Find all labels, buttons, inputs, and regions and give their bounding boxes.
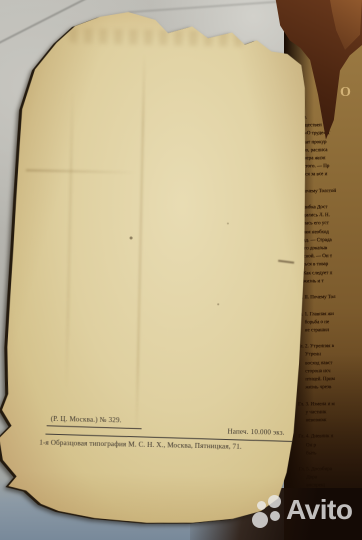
paper-speck xyxy=(227,222,229,224)
contents-heading-fragment: О xyxy=(340,86,351,100)
blank-book-page: (Р. Ц. Москва.) № 329. Напеч. 10.000 экз… xyxy=(0,3,315,529)
print-run-note: Напеч. 10.000 экз. xyxy=(227,428,284,437)
censor-underline xyxy=(47,425,142,429)
page-crease xyxy=(135,54,145,434)
avito-logo-icon xyxy=(268,495,281,508)
book-listing-photo: О нием. Общественной «О труде» Тслужат п… xyxy=(0,0,362,540)
printer-line: 1-я Образцовая типография М. С. Н. Х., М… xyxy=(39,439,242,451)
avito-watermark: Avito xyxy=(246,490,362,536)
printer-imprint-block: (Р. Ц. Москва.) № 329. Напеч. 10.000 экз… xyxy=(36,414,299,469)
avito-logo-icon xyxy=(270,511,280,521)
page-crease xyxy=(65,90,73,390)
avito-wordmark: Avito xyxy=(286,493,352,527)
avito-logo-icon xyxy=(252,512,268,528)
paper-speck xyxy=(130,236,133,239)
blank-page-wrap: (Р. Ц. Москва.) № 329. Напеч. 10.000 экз… xyxy=(0,3,315,529)
ink-showthrough xyxy=(69,28,247,47)
paper-speck xyxy=(217,303,219,305)
censor-mark: (Р. Ц. Москва.) № 329. xyxy=(51,415,122,424)
page-crease xyxy=(26,169,136,173)
paper-tear-mark xyxy=(278,260,294,264)
avito-logo-icon xyxy=(257,501,266,510)
